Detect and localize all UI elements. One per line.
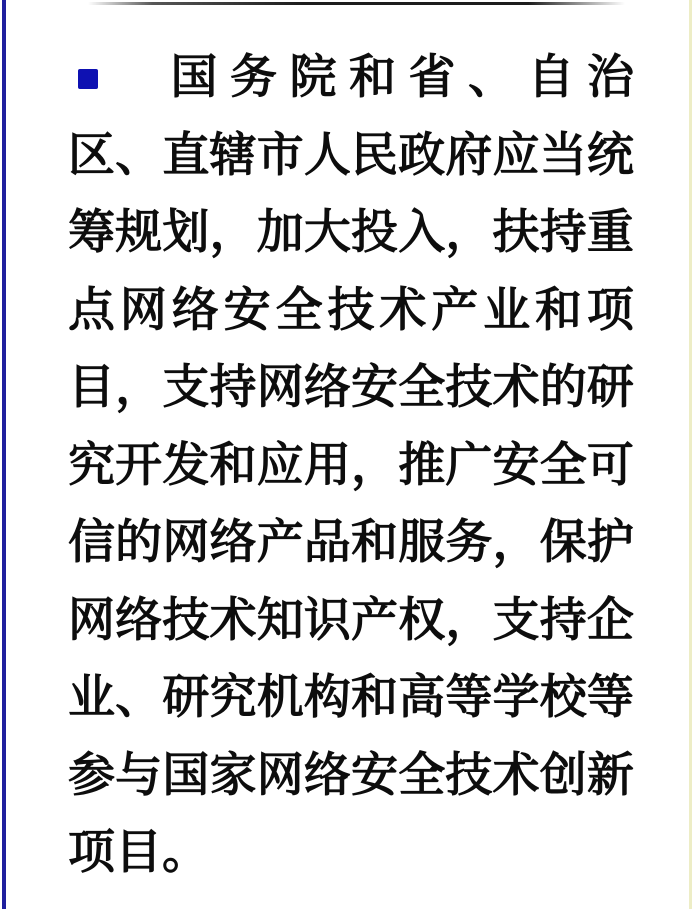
text-line: 区、直辖市人民政府应当统 — [68, 118, 634, 196]
cjk-character: 支 — [493, 598, 540, 645]
cjk-character: 和 — [210, 443, 257, 490]
cjk-character: 和 — [349, 55, 396, 102]
cjk-character: ， — [445, 598, 492, 645]
cjk-character: 校 — [540, 675, 587, 722]
cjk-character: 自 — [528, 55, 575, 102]
cjk-character: 、 — [115, 675, 162, 722]
text-line: 信的网络产品和服务，保护 — [68, 505, 634, 583]
cjk-character: 安 — [351, 365, 398, 412]
cjk-character: 技 — [445, 753, 492, 800]
cjk-character: 全 — [398, 365, 445, 412]
cjk-character: 开 — [115, 443, 162, 490]
cjk-character: 安 — [224, 288, 271, 335]
cjk-character: 务 — [445, 520, 492, 567]
cjk-character: 网 — [257, 365, 304, 412]
cjk-character: 网 — [120, 288, 167, 335]
square-bullet-icon — [78, 69, 98, 89]
cjk-character: 究 — [210, 675, 257, 722]
cjk-character: 络 — [115, 598, 162, 645]
text-line: 筹规划，加大投入，扶持重 — [68, 195, 634, 273]
cjk-character: 学 — [493, 675, 540, 722]
cjk-character: 全 — [276, 288, 323, 335]
top-border-rule — [88, 2, 625, 5]
bullet-paragraph: 国务院和省、自治区、直辖市人民政府应当统筹规划，加大投入，扶持重点网络安全技术产… — [68, 40, 634, 893]
cjk-character: 区 — [68, 133, 115, 180]
cjk-character: 技 — [327, 288, 374, 335]
text-line: 网络技术知识产权，支持企 — [68, 583, 634, 661]
cjk-character: 用 — [304, 443, 351, 490]
cjk-character: 院 — [290, 55, 337, 102]
cjk-character: 支 — [162, 365, 209, 412]
cjk-character: 新 — [587, 753, 634, 800]
cjk-character: 安 — [351, 753, 398, 800]
cjk-character: 持 — [210, 365, 257, 412]
cjk-character: 当 — [540, 133, 587, 180]
cjk-character: 创 — [540, 753, 587, 800]
cjk-character: 统 — [587, 133, 634, 180]
cjk-character: 政 — [398, 133, 445, 180]
cjk-character: ， — [445, 210, 492, 257]
cjk-character: 持 — [540, 598, 587, 645]
cjk-character: 技 — [445, 365, 492, 412]
cjk-character: 、 — [468, 55, 515, 102]
cjk-character: 网 — [68, 598, 115, 645]
cjk-character: 术 — [493, 365, 540, 412]
cjk-character: 构 — [304, 675, 351, 722]
text-line: 究开发和应用，推广安全可 — [68, 428, 634, 506]
cjk-character: 业 — [68, 675, 115, 722]
cjk-character: 安 — [493, 443, 540, 490]
cjk-character: 络 — [172, 288, 219, 335]
cjk-character: ， — [210, 210, 257, 257]
cjk-character: 服 — [398, 520, 445, 567]
cjk-character: 究 — [68, 443, 115, 490]
cjk-character: 全 — [540, 443, 587, 490]
cjk-character: 网 — [257, 753, 304, 800]
cjk-character: 品 — [304, 520, 351, 567]
cjk-character: 研 — [162, 675, 209, 722]
cjk-character: 网 — [162, 520, 209, 567]
cjk-character: 信 — [68, 520, 115, 567]
cjk-character: 全 — [398, 753, 445, 800]
cjk-character: 项 — [587, 288, 634, 335]
cjk-character: 等 — [445, 675, 492, 722]
cjk-character: 产 — [431, 288, 478, 335]
cjk-character: 国 — [171, 55, 218, 102]
text-line: 点网络安全技术产业和项 — [68, 273, 634, 351]
cjk-character: 持 — [540, 210, 587, 257]
cjk-character: 重 — [587, 210, 634, 257]
cjk-character: 识 — [304, 598, 351, 645]
cjk-character: 国 — [162, 753, 209, 800]
cjk-character: 术 — [210, 598, 257, 645]
cjk-character: 项 — [68, 830, 115, 877]
cjk-character: 知 — [257, 598, 304, 645]
cjk-character: 省 — [409, 55, 456, 102]
text-line: 项目。 — [68, 815, 634, 893]
cjk-character: 的 — [115, 520, 162, 567]
cjk-character: 府 — [445, 133, 492, 180]
cjk-character: 的 — [540, 365, 587, 412]
cjk-character: 筹 — [68, 210, 115, 257]
cjk-character: 保 — [540, 520, 587, 567]
cjk-character: 应 — [493, 133, 540, 180]
cjk-character: 直 — [162, 133, 209, 180]
cjk-character: 目 — [68, 365, 115, 412]
cjk-character: 扶 — [493, 210, 540, 257]
cjk-character: 络 — [210, 520, 257, 567]
cjk-character: 术 — [379, 288, 426, 335]
cjk-character: 产 — [257, 520, 304, 567]
slide: 国务院和省、自治区、直辖市人民政府应当统筹规划，加大投入，扶持重点网络安全技术产… — [0, 0, 700, 909]
cjk-character: 业 — [483, 288, 530, 335]
cjk-character: 。 — [162, 830, 209, 877]
cjk-character: 可 — [587, 443, 634, 490]
cjk-character: 技 — [162, 598, 209, 645]
cjk-character: 等 — [587, 675, 634, 722]
cjk-character: 和 — [535, 288, 582, 335]
cjk-character: 和 — [351, 675, 398, 722]
cjk-character: 目 — [115, 830, 162, 877]
cjk-character: ， — [351, 443, 398, 490]
cjk-character: ， — [493, 520, 540, 567]
text-line: 参与国家网络安全技术创新 — [68, 738, 634, 816]
cjk-character: 参 — [68, 753, 115, 800]
cjk-character: 市 — [257, 133, 304, 180]
cjk-character: 务 — [230, 55, 277, 102]
left-border-rule — [2, 0, 6, 909]
cjk-character: 和 — [351, 520, 398, 567]
cjk-character: 治 — [587, 55, 634, 102]
cjk-character: 点 — [68, 288, 115, 335]
cjk-character: 机 — [257, 675, 304, 722]
right-border-rule — [689, 0, 692, 909]
cjk-character: ， — [115, 365, 162, 412]
cjk-character: 应 — [257, 443, 304, 490]
cjk-character: 入 — [398, 210, 445, 257]
cjk-character: 划 — [162, 210, 209, 257]
cjk-character: 投 — [351, 210, 398, 257]
cjk-character: 大 — [304, 210, 351, 257]
cjk-character: 人 — [304, 133, 351, 180]
cjk-character: 加 — [257, 210, 304, 257]
cjk-character: 权 — [398, 598, 445, 645]
cjk-character: 络 — [304, 753, 351, 800]
cjk-character: 发 — [162, 443, 209, 490]
cjk-character: 护 — [587, 520, 634, 567]
cjk-character: 广 — [445, 443, 492, 490]
text-line: 目，支持网络安全技术的研 — [68, 350, 634, 428]
cjk-character: 高 — [398, 675, 445, 722]
cjk-character: 与 — [115, 753, 162, 800]
cjk-character: 络 — [304, 365, 351, 412]
text-line: 业、研究机构和高等学校等 — [68, 660, 634, 738]
cjk-character: 推 — [398, 443, 445, 490]
cjk-character: 企 — [587, 598, 634, 645]
cjk-character: 术 — [493, 753, 540, 800]
cjk-character: 规 — [115, 210, 162, 257]
cjk-character: 家 — [210, 753, 257, 800]
cjk-character: 产 — [351, 598, 398, 645]
cjk-character: 辖 — [210, 133, 257, 180]
cjk-character: 民 — [351, 133, 398, 180]
text-line: 国务院和省、自治 — [68, 40, 634, 118]
cjk-character: 研 — [587, 365, 634, 412]
cjk-character: 、 — [115, 133, 162, 180]
